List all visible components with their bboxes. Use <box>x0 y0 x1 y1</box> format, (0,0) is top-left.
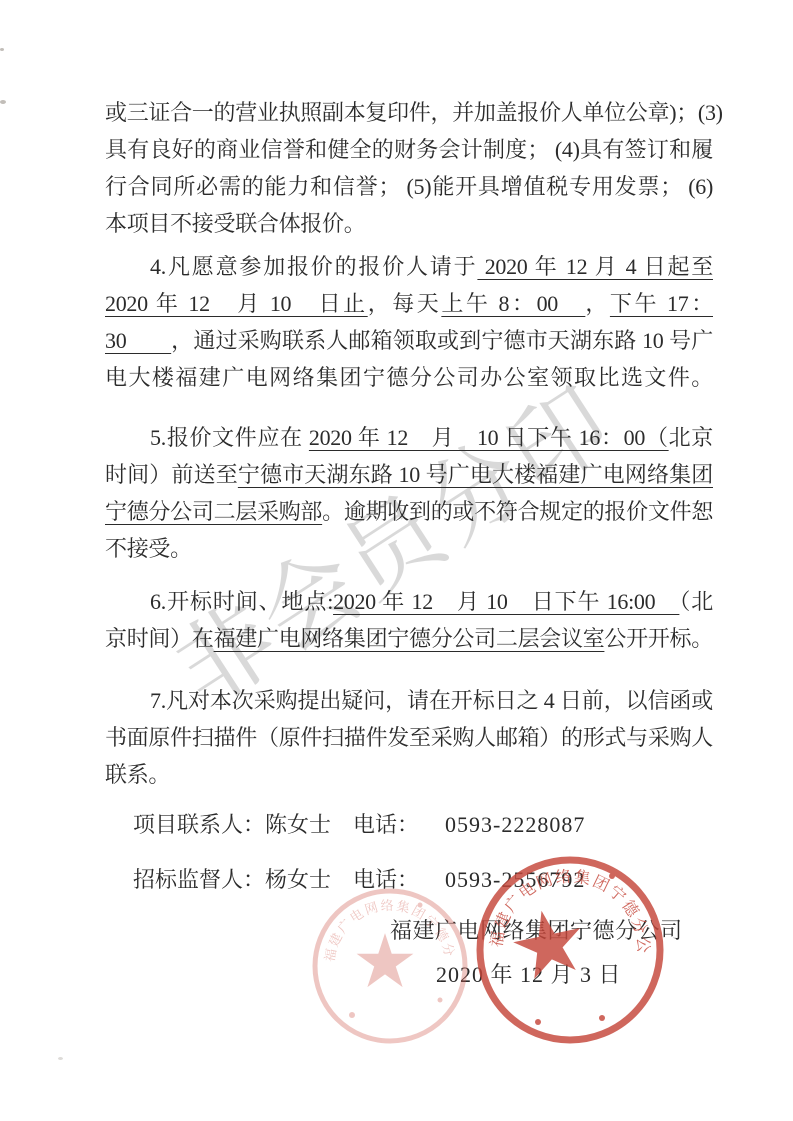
doc-text: ，每天 <box>368 291 442 316</box>
doc-line: 7.凡对本次采购提出疑问，请在开标日之 4 日前，以信函或 <box>105 682 713 719</box>
contact-name: 杨女士 <box>265 867 331 892</box>
paragraph: 6.开标时间、地点:2020 年 12 月 10 日下午 16:00 （北京时间… <box>105 583 713 657</box>
paragraph: 4.凡愿意参加报价的报价人请于 2020 年 12 月 4 日起至2020 年 … <box>105 248 713 396</box>
issue-date: 2020 年 12 月 3 日 <box>436 958 622 989</box>
phone-label: 电话： <box>353 812 419 837</box>
doc-text: 具有良好的商业信誉和健全的财务会计制度； (4)具有签订和履 <box>105 137 713 162</box>
doc-line: 行合同所必需的能力和信誉； (5)能开具增值税专用发票； (6) <box>105 168 713 205</box>
contact-block: 项目联系人：陈女士电话：0593-2228087招标监督人：杨女士电话：0593… <box>133 806 585 898</box>
doc-text: 7.凡对本次采购提出疑问，请在开标日之 4 日前，以信函或 <box>150 688 713 713</box>
doc-text: 6.开标时间、地点: <box>150 589 333 614</box>
doc-text: 不接受。 <box>105 536 192 561</box>
doc-text: 北京 <box>669 425 713 450</box>
doc-text: （北 <box>679 589 713 614</box>
phone-number: 0593-2228087 <box>445 812 585 837</box>
paragraph: 或三证合一的营业执照副本复印件，并加盖报价人单位公章)；(3)具有良好的商业信誉… <box>105 94 713 242</box>
underlined-blank-text: 30 <box>105 328 171 353</box>
phone-label: 电话： <box>353 867 419 892</box>
scan-speck <box>0 100 6 104</box>
doc-line: 书面原件扫描件（原件扫描件发至采购人邮箱）的形式与采购人 <box>105 719 713 756</box>
doc-text: 联系。 <box>105 762 170 787</box>
doc-text: 。逾期收到的或不符合规定的报价文件恕 <box>322 499 713 524</box>
underlined-blank-text: 下午 17： <box>610 291 713 316</box>
document-page: 非会员分印 或三证合一的营业执照副本复印件，并加盖报价人单位公章)；(3)具有良… <box>0 0 793 1121</box>
document-text: 或三证合一的营业执照副本复印件，并加盖报价人单位公章)；(3)具有良好的商业信誉… <box>105 94 713 793</box>
doc-line: 不接受。 <box>105 530 713 567</box>
doc-line: 宁德分公司二层采购部。逾期收到的或不符合规定的报价文件恕 <box>105 493 713 530</box>
contact-row: 招标监督人：杨女士电话：0593-2556792 <box>133 861 585 898</box>
contact-label: 项目联系人： <box>133 812 265 837</box>
doc-line: 本项目不接受联合体报价。 <box>105 205 713 242</box>
doc-text: 电大楼福建广电网络集团宁德分公司办公室领取比选文件。 <box>105 365 713 390</box>
underlined-blank-text: 2020 年 12 月 10 日下午 16：00（ <box>309 425 669 450</box>
doc-line: 30 ，通过采购联系人邮箱领取或到宁德市天湖东路 10 号广 <box>105 322 713 359</box>
doc-text: 书面原件扫描件（原件扫描件发至采购人邮箱）的形式与采购人 <box>105 725 713 750</box>
doc-text: 时间）前送至 <box>105 462 238 487</box>
doc-text: 4.凡愿意参加报价的报价人请于 <box>150 254 477 279</box>
phone-number: 0593-2556792 <box>445 867 585 892</box>
doc-line: 联系。 <box>105 756 713 793</box>
doc-text: 行合同所必需的能力和信誉； (5)能开具增值税专用发票； (6) <box>105 174 713 199</box>
contact-row: 项目联系人：陈女士电话：0593-2228087 <box>133 806 585 843</box>
scan-speck <box>58 1057 63 1060</box>
underlined-blank-text: 宁德市天湖东路 10 号广电大楼福建广电网络集团 <box>238 462 713 487</box>
doc-line: 或三证合一的营业执照副本复印件，并加盖报价人单位公章)；(3) <box>105 94 713 131</box>
underlined-blank-text: 宁德分公司二层采购部 <box>105 499 322 524</box>
doc-text: 5.报价文件应在 <box>150 425 309 450</box>
doc-line: 6.开标时间、地点:2020 年 12 月 10 日下午 16:00 （北 <box>105 583 713 620</box>
doc-text: 公开开标。 <box>604 626 713 651</box>
doc-line: 5.报价文件应在 2020 年 12 月 10 日下午 16：00（北京 <box>105 419 713 456</box>
doc-line: 京时间）在福建广电网络集团宁德分公司二层会议室公开开标。 <box>105 620 713 657</box>
underlined-blank-text: 福建广电网络集团宁德分公司二层会议室 <box>214 626 605 651</box>
underlined-blank-text: 2020 年 12 月 10 日下午 16:00 <box>333 589 679 614</box>
paragraph: 7.凡对本次采购提出疑问，请在开标日之 4 日前，以信函或书面原件扫描件（原件扫… <box>105 682 713 793</box>
issuer-company: 福建广电网络集团宁德分公司 <box>390 914 683 945</box>
doc-text: 京时间）在 <box>105 626 214 651</box>
contact-label: 招标监督人： <box>133 867 265 892</box>
doc-line: 时间）前送至宁德市天湖东路 10 号广电大楼福建广电网络集团 <box>105 456 713 493</box>
doc-text: ， <box>585 291 610 316</box>
doc-text: ，通过采购联系人邮箱领取或到宁德市天湖东路 10 号广 <box>171 328 713 353</box>
underlined-blank-text: 上午 8：00 <box>441 291 585 316</box>
scan-speck <box>0 48 4 51</box>
doc-line: 2020 年 12 月 10 日止，每天上午 8：00 ，下午 17： <box>105 285 713 322</box>
doc-line: 电大楼福建广电网络集团宁德分公司办公室领取比选文件。 <box>105 359 713 396</box>
doc-line: 具有良好的商业信誉和健全的财务会计制度； (4)具有签订和履 <box>105 131 713 168</box>
paragraph: 5.报价文件应在 2020 年 12 月 10 日下午 16：00（北京时间）前… <box>105 419 713 567</box>
underlined-blank-text: 2020 年 12 月 4 日起至 <box>477 254 713 279</box>
doc-text: 本项目不接受联合体报价。 <box>105 211 365 236</box>
doc-text: 或三证合一的营业执照副本复印件，并加盖报价人单位公章)；(3) <box>105 100 723 125</box>
doc-line: 4.凡愿意参加报价的报价人请于 2020 年 12 月 4 日起至 <box>105 248 713 285</box>
contact-name: 陈女士 <box>265 812 331 837</box>
underlined-blank-text: 2020 年 12 月 10 日止 <box>105 291 368 316</box>
